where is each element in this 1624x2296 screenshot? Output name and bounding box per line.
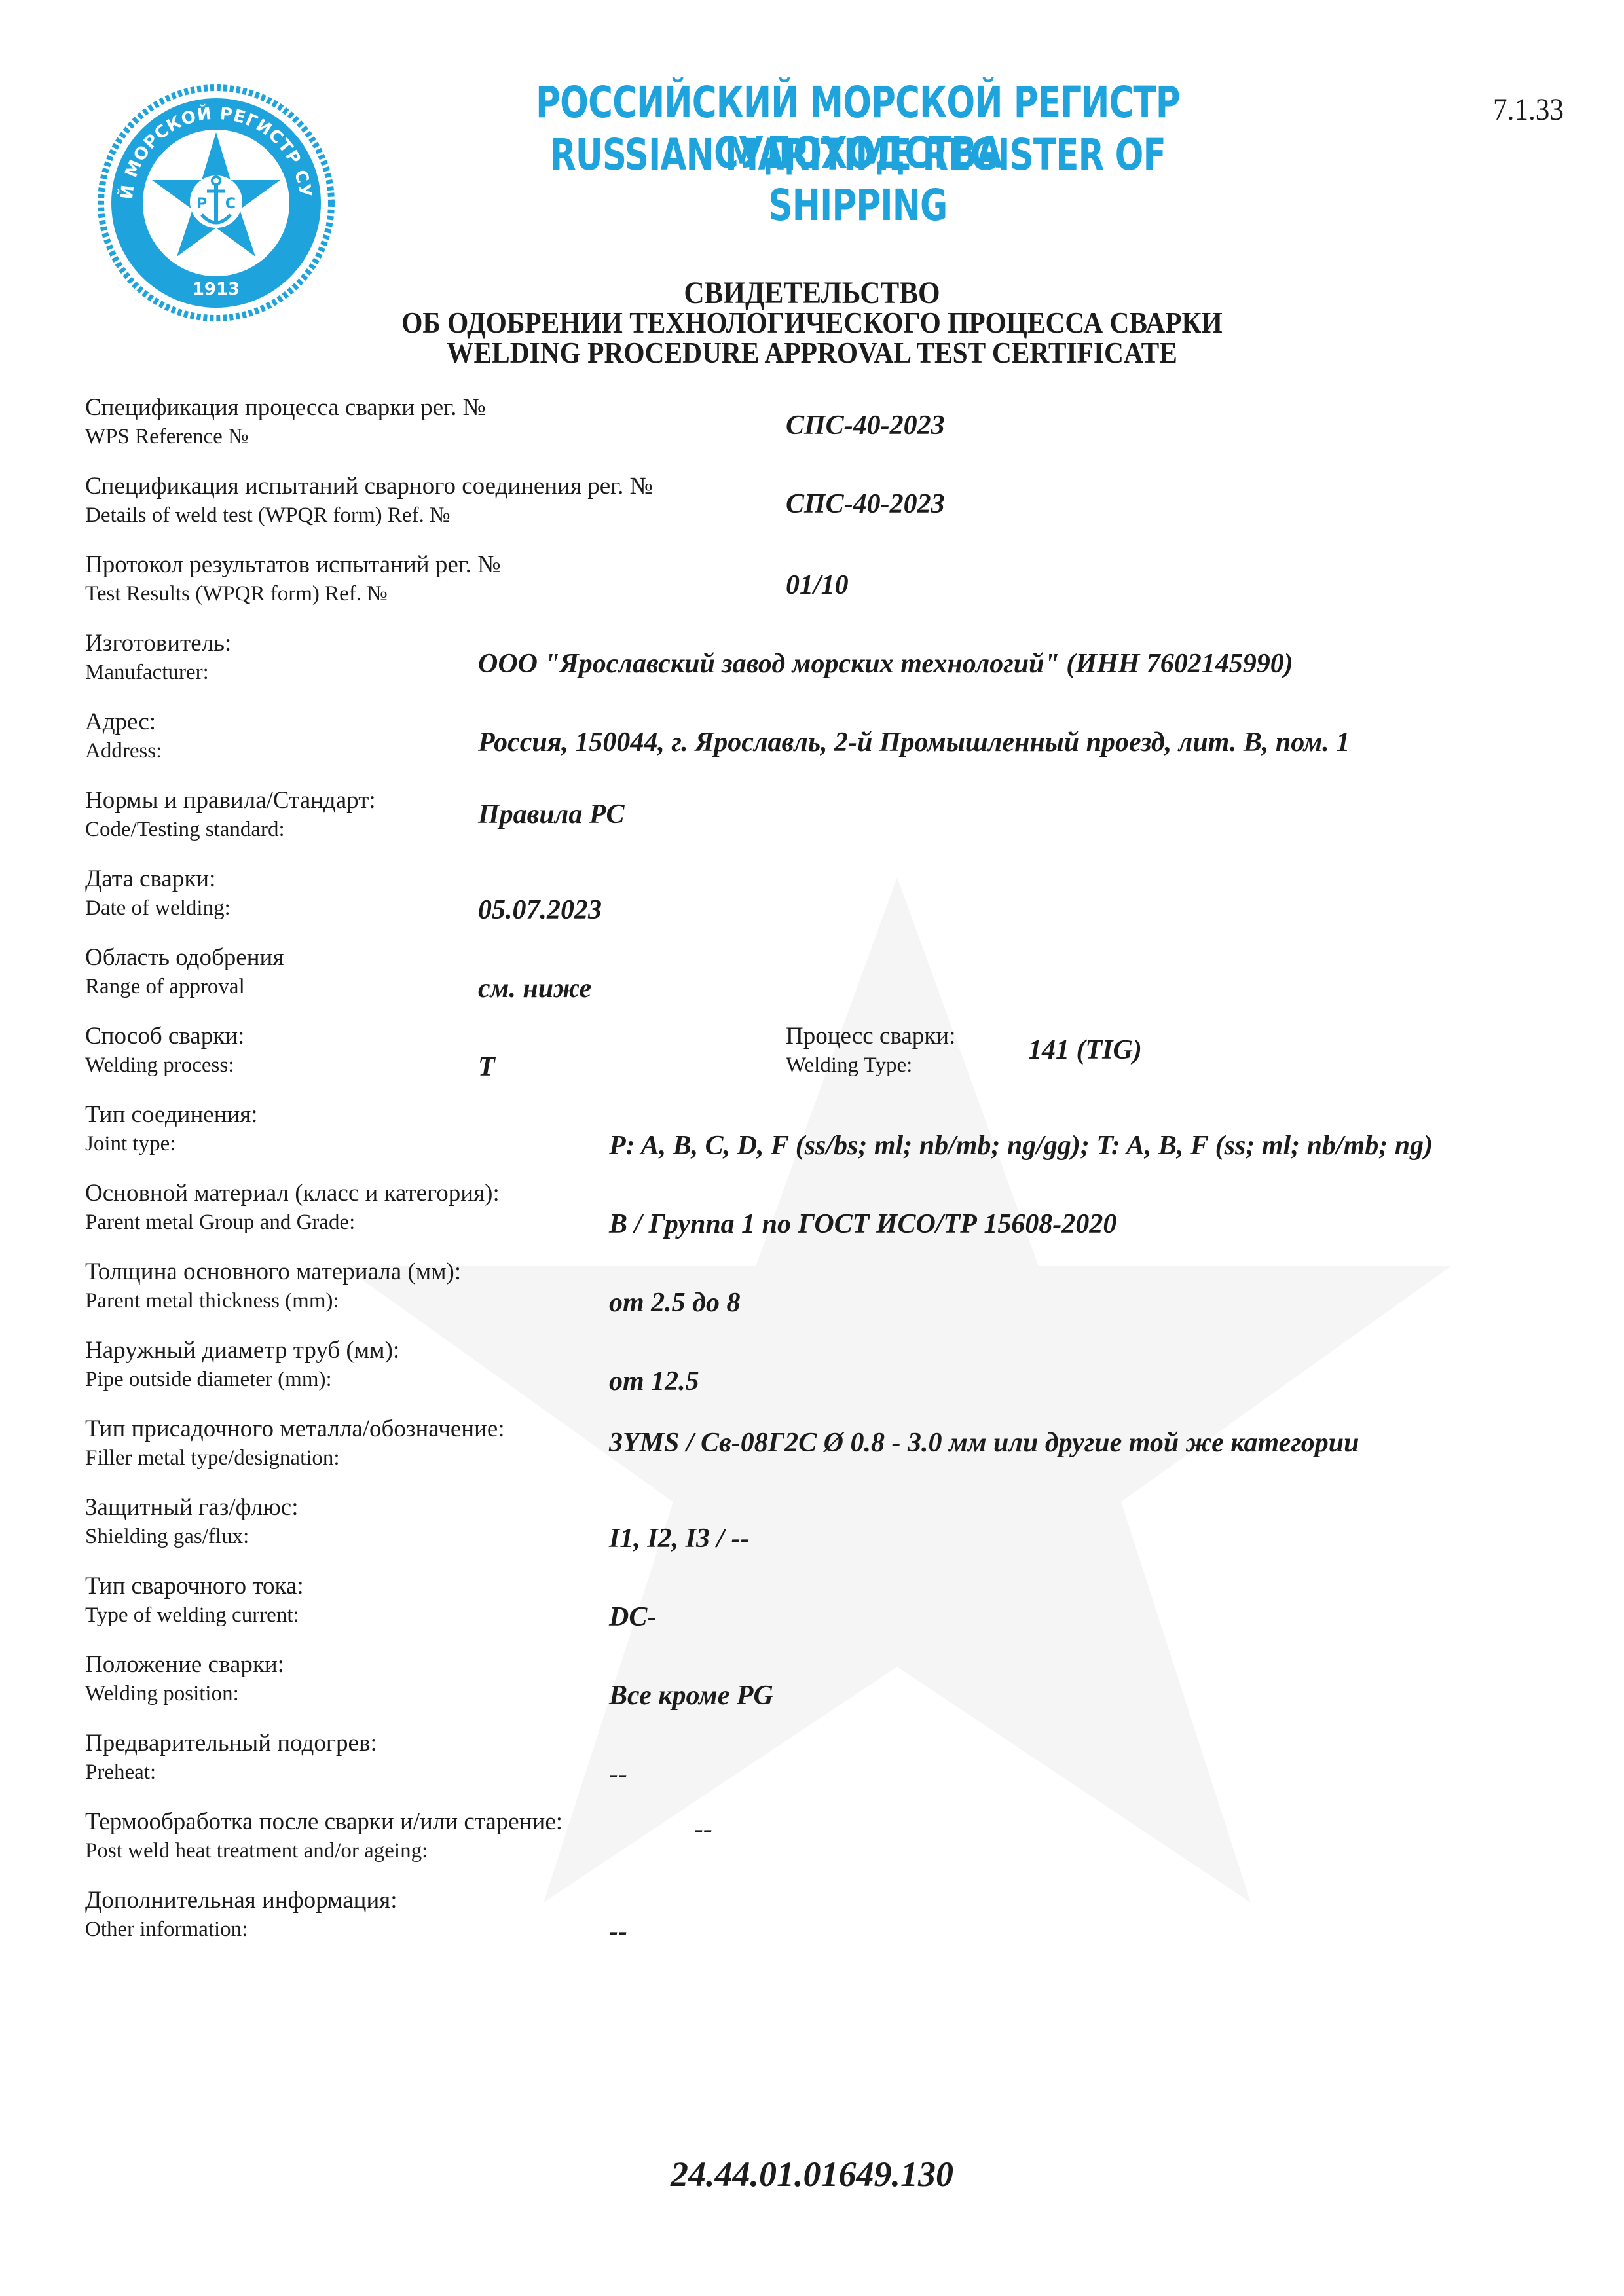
field-value-range-of-approval: см. ниже <box>478 973 591 1004</box>
org-name-en: RUSSIAN MARITIME REGISTER OF SHIPPING <box>475 130 1241 230</box>
field-label-ru: Наружный диаметр труб (мм): <box>85 1336 399 1366</box>
field-pwht: Термообработка после сварки и/или старен… <box>85 1807 563 1865</box>
field-test-results-ref: Протокол результатов испытаний рег. №Tes… <box>85 550 501 608</box>
field-label-en: Type of welding current: <box>85 1601 304 1629</box>
field-label-ru: Тип сварочного тока: <box>85 1571 304 1601</box>
field-value-manufacturer: ООО "Ярославский завод морских технологи… <box>478 648 1293 680</box>
field-value-filler-metal: 3YMS / Св-08Г2С Ø 0.8 - 3.0 мм или други… <box>609 1427 1359 1459</box>
field-label-ru: Положение сварки: <box>85 1650 284 1680</box>
field-code-standard: Нормы и правила/Стандарт:Code/Testing st… <box>85 786 376 843</box>
svg-text:С: С <box>225 196 236 212</box>
field-welding-process: Способ сварки:Welding process: <box>85 1021 244 1079</box>
field-label-en: Pipe outside diameter (mm): <box>85 1366 399 1393</box>
welding-type-value: 141 (TIG) <box>1028 1034 1142 1066</box>
field-label-ru: Предварительный подогрев: <box>85 1728 377 1758</box>
welding-type-label: Процесс сварки: Welding Type: <box>786 1021 955 1079</box>
field-label-ru: Тип соединения: <box>85 1100 258 1130</box>
field-value-parent-metal-group: B / Группа 1 по ГОСТ ИСО/ТР 15608-2020 <box>609 1209 1116 1240</box>
field-label-en: Joint type: <box>85 1130 258 1157</box>
field-label-ru: Спецификация испытаний сварного соединен… <box>85 471 653 501</box>
field-label-ru: Область одобрения <box>85 943 284 973</box>
field-label-en: WPS Reference № <box>85 423 486 450</box>
field-label-en: Details of weld test (WPQR form) Ref. № <box>85 501 653 529</box>
field-value-other-information: -- <box>609 1916 627 1947</box>
field-joint-type: Тип соединения:Joint type: <box>85 1100 258 1157</box>
field-preheat: Предварительный подогрев:Preheat: <box>85 1728 377 1786</box>
field-label-ru: Изготовитель: <box>85 629 231 659</box>
field-label-en: Shielding gas/flux: <box>85 1523 298 1550</box>
field-welding-current: Тип сварочного тока:Type of welding curr… <box>85 1571 304 1629</box>
field-label-ru: Способ сварки: <box>85 1021 244 1051</box>
field-label-en: Welding process: <box>85 1051 244 1079</box>
field-label-en: Welding position: <box>85 1680 284 1707</box>
field-label-en: Parent metal Group and Grade: <box>85 1209 500 1236</box>
field-value-wpqr-details-ref: СПС-40-2023 <box>786 488 945 520</box>
field-value-test-results-ref: 01/10 <box>786 570 849 601</box>
field-pipe-outside-diameter: Наружный диаметр труб (мм):Pipe outside … <box>85 1336 399 1393</box>
field-label-en: Date of welding: <box>85 894 231 922</box>
field-label-en: Range of approval <box>85 973 284 1000</box>
field-label-ru: Тип присадочного металла/обозначение: <box>85 1414 505 1444</box>
field-value-joint-type: P: A, B, C, D, F (ss/bs; ml; nb/mb; ng/g… <box>609 1130 1433 1161</box>
certificate-number: 24.44.01.01649.130 <box>0 2154 1624 2195</box>
field-label-ru: Адрес: <box>85 707 162 737</box>
field-label-en: Test Results (WPQR form) Ref. № <box>85 580 501 608</box>
field-label-ru: Нормы и правила/Стандарт: <box>85 786 376 816</box>
field-label-ru: Защитный газ/флюс: <box>85 1493 298 1523</box>
field-parent-metal-group: Основной материал (класс и категория):Pa… <box>85 1178 500 1236</box>
field-value-parent-metal-thickness: от 2.5 до 8 <box>609 1287 741 1319</box>
field-manufacturer: Изготовитель:Manufacturer: <box>85 629 231 686</box>
field-label-en: Parent metal thickness (mm): <box>85 1287 461 1315</box>
field-value-preheat: -- <box>609 1758 627 1790</box>
field-value-welding-position: Все кроме PG <box>609 1680 773 1711</box>
field-value-pwht: -- <box>694 1813 712 1845</box>
field-label-en: Post weld heat treatment and/or ageing: <box>85 1837 563 1865</box>
field-label-ru: Основной материал (класс и категория): <box>85 1178 500 1209</box>
field-shielding-gas: Защитный газ/флюс:Shielding gas/flux: <box>85 1493 298 1550</box>
field-value-address: Россия, 150044, г. Ярославль, 2-й Промыш… <box>478 727 1350 758</box>
field-label-en: Preheat: <box>85 1758 377 1786</box>
field-wpqr-details-ref: Спецификация испытаний сварного соединен… <box>85 471 653 529</box>
field-label-ru: Дата сварки: <box>85 864 231 894</box>
field-date-of-welding: Дата сварки:Date of welding: <box>85 864 231 922</box>
field-range-of-approval: Область одобренияRange of approval <box>85 943 284 1000</box>
field-label-ru: Протокол результатов испытаний рег. № <box>85 550 501 580</box>
svg-text:Р: Р <box>196 196 207 212</box>
field-value-shielding-gas: I1, I2, I3 / -- <box>609 1523 750 1554</box>
field-value-wps-ref: СПС-40-2023 <box>786 410 945 441</box>
field-value-welding-process: T <box>478 1051 495 1083</box>
field-value-date-of-welding: 05.07.2023 <box>478 894 602 926</box>
field-other-information: Дополнительная информация:Other informat… <box>85 1886 397 1943</box>
field-label-ru: Толщина основного материала (мм): <box>85 1257 461 1287</box>
field-label-ru: Спецификация процесса сварки рег. № <box>85 393 486 423</box>
field-label-en: Manufacturer: <box>85 659 231 686</box>
field-label-en: Filler metal type/designation: <box>85 1444 505 1472</box>
certificate-title-en: WELDING PROCEDURE APPROVAL TEST CERTIFIC… <box>81 335 1543 370</box>
field-value-pipe-outside-diameter: от 12.5 <box>609 1366 699 1397</box>
field-welding-position: Положение сварки:Welding position: <box>85 1650 284 1707</box>
field-parent-metal-thickness: Толщина основного материала (мм):Parent … <box>85 1257 461 1315</box>
field-label-en: Other information: <box>85 1916 397 1943</box>
field-wps-ref: Спецификация процесса сварки рег. №WPS R… <box>85 393 486 450</box>
field-value-welding-current: DC- <box>609 1601 656 1633</box>
field-value-code-standard: Правила РС <box>478 799 625 830</box>
field-label-en: Code/Testing standard: <box>85 816 376 843</box>
field-label-en: Address: <box>85 737 162 765</box>
form-code: 7.1.33 <box>1493 92 1564 128</box>
field-address: Адрес:Address: <box>85 707 162 765</box>
field-filler-metal: Тип присадочного металла/обозначение:Fil… <box>85 1414 505 1472</box>
field-label-ru: Термообработка после сварки и/или старен… <box>85 1807 563 1837</box>
field-label-ru: Дополнительная информация: <box>85 1886 397 1916</box>
